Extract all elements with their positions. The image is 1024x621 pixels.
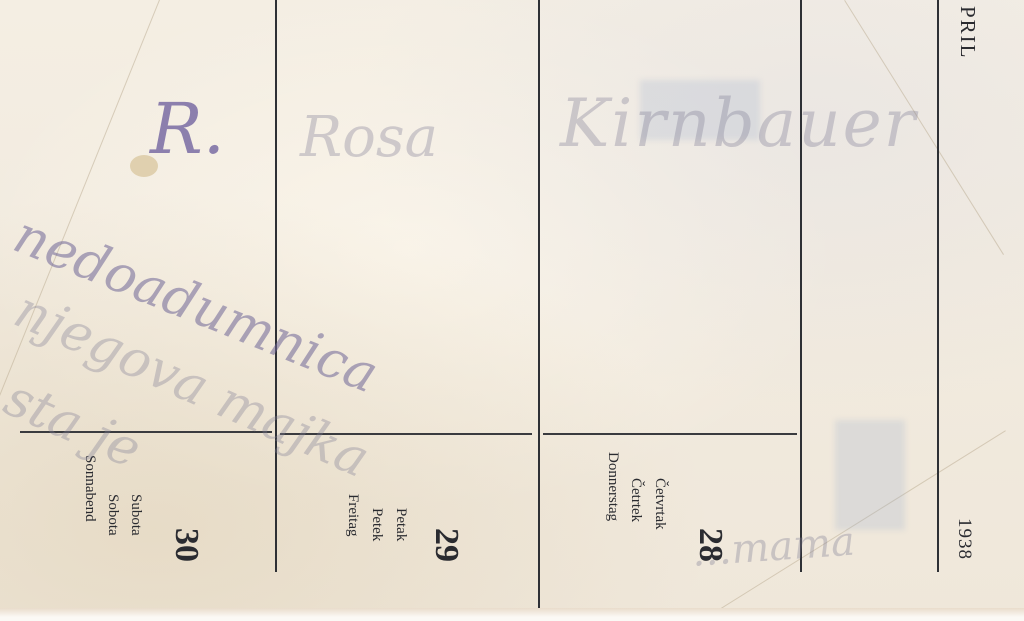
row-divider <box>543 433 797 435</box>
day-name-croatian: Četvrtak <box>652 478 667 530</box>
day-number: 30 <box>168 528 204 562</box>
day-name-slovene: Petek <box>369 508 384 541</box>
column-divider <box>538 0 540 608</box>
year-label: 1938 <box>953 518 975 560</box>
day-name-croatian: Subota <box>128 494 143 536</box>
day-name-croatian: Petak <box>393 508 408 541</box>
handwriting-first-name: Rosa <box>300 105 438 170</box>
day-name-german: Freitag <box>345 494 360 537</box>
day-number: 29 <box>428 528 464 562</box>
calendar-page: PRIL 1938 30 Subota Sobota Sonnabend 29 … <box>0 0 1024 621</box>
column-divider <box>275 0 277 572</box>
day-name-german: Donnerstag <box>605 452 620 521</box>
paper-edge <box>0 608 1024 621</box>
handwriting-surname: Kirnbauer <box>560 85 917 162</box>
day-name-slovene: Sobota <box>105 494 120 536</box>
ink-smear <box>835 420 905 530</box>
day-name-slovene: Četrtek <box>628 478 643 522</box>
handwriting-initial: R. <box>150 88 225 170</box>
month-label: PRIL <box>955 6 980 60</box>
month-border-line <box>937 0 939 572</box>
